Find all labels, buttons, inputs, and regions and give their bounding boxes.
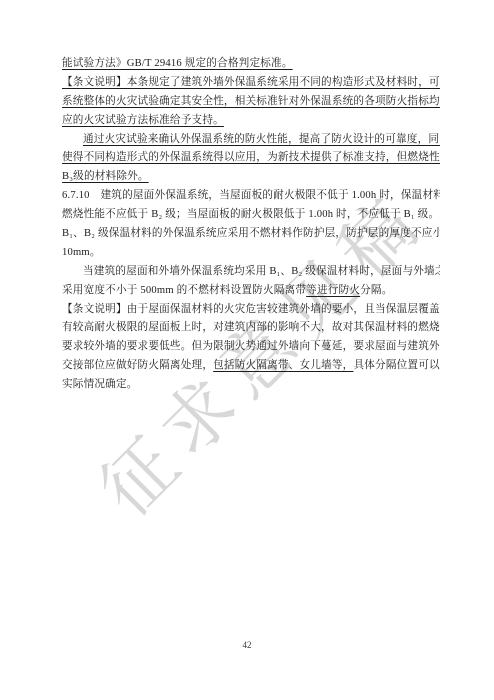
text-run: 10mm。: [62, 247, 101, 258]
text-line: 10mm。: [62, 244, 440, 263]
text-line: B₁、B₂ 级保温材料的外保温系统应采用不燃材料作防护层，防护层的厚度不应小于: [62, 225, 440, 244]
text-line: B₃级的材料除外。: [62, 168, 440, 187]
underlined-text-run: 系统整体的火灾试验确定其安全性，相关标准针对外保温系统的各项防火指标均有相: [62, 96, 440, 107]
underlined-text-run: 通过火灾试验来确认外保温系统的防火性能，提高了防火设计的可靠度，同时也: [83, 134, 440, 145]
text-line: 6.7.10 建筑的屋面外保温系统，当屋面板的耐火极限不低于 1.00h 时，保…: [62, 187, 440, 206]
text-line: 【条文说明】本条规定了建筑外墙外保温系统采用不同的构造形式及材料时，可通过: [62, 74, 440, 93]
text-line: 实际情况确定。: [62, 376, 440, 395]
underlined-text-run: 使得不同构造形式的外保温系统得以应用，为新技术提供了标准支持，但燃烧性能为: [62, 152, 440, 163]
text-line: 燃烧性能不应低于 B₂ 级；当屋面板的耐火极限低于 1.00h 时，不应低于 B…: [62, 206, 440, 225]
underlined-text-run: 能试验方法》GB/T 29416 规定的合格判定标准。: [62, 58, 293, 69]
text-line: 交接部位应做好防火隔离处理，包括防火隔离带、女儿墙等，具体分隔位置可以根据: [62, 357, 440, 376]
underlined-text-run: 包括防火隔离带、女儿墙等，: [213, 360, 353, 371]
text-run: 【条文说明】由于屋面保温材料的火灾危害较建筑外墙的要小，且当保温层覆盖在具: [62, 304, 440, 315]
text-run: 当建筑的屋面和外墙外保温系统均采用 B₁、B₂ 级保温材料时，屋面与外墙之间应: [83, 266, 440, 277]
document-page: 征求意见稿 能试验方法》GB/T 29416 规定的合格判定标准。【条文说明】本…: [0, 0, 494, 700]
text-run: 具体分隔位置可以根据: [353, 360, 440, 371]
text-line: 系统整体的火灾试验确定其安全性，相关标准针对外保温系统的各项防火指标均有相: [62, 93, 440, 112]
text-run: 要求较外墙的要求要低些。但为限制火势通过外墙向下蔓延，要求屋面与建筑外墙的: [62, 341, 440, 352]
text-run: 6.7.10 建筑的屋面外保温系统，当屋面板的耐火极限不低于 1.00h 时，保…: [62, 190, 440, 201]
text-line: 使得不同构造形式的外保温系统得以应用，为新技术提供了标准支持，但燃烧性能为: [62, 149, 440, 168]
text-line: 当建筑的屋面和外墙外保温系统均采用 B₁、B₂ 级保温材料时，屋面与外墙之间应: [62, 263, 440, 282]
text-line: 【条文说明】由于屋面保温材料的火灾危害较建筑外墙的要小，且当保温层覆盖在具: [62, 301, 440, 320]
text-run: 采用宽度不小于 500mm 的不燃材料设置防火隔离带: [62, 285, 306, 296]
page-text: 能试验方法》GB/T 29416 规定的合格判定标准。【条文说明】本条规定了建筑…: [62, 55, 440, 395]
text-run: 燃烧性能不应低于 B₂ 级；当屋面板的耐火极限低于 1.00h 时，不应低于 B…: [62, 209, 440, 220]
page-number: 42: [0, 640, 494, 650]
text-line: 通过火灾试验来确认外保温系统的防火性能，提高了防火设计的可靠度，同时也: [62, 131, 440, 150]
text-line: 要求较外墙的要求要低些。但为限制火势通过外墙向下蔓延，要求屋面与建筑外墙的: [62, 338, 440, 357]
text-line: 采用宽度不小于 500mm 的不燃材料设置防火隔离带等进行防火分隔。: [62, 282, 440, 301]
text-line: 能试验方法》GB/T 29416 规定的合格判定标准。: [62, 55, 440, 74]
text-line: 应的火灾试验方法标准给予支持。: [62, 112, 440, 131]
underlined-text-run: 等进行防火: [306, 285, 360, 296]
underlined-text-run: B₃级的材料除外。: [62, 171, 149, 182]
text-run: 实际情况确定。: [62, 379, 138, 390]
text-run: 交接部位应做好防火隔离处理，: [62, 360, 213, 371]
underlined-text-run: 应的火灾试验方法标准给予支持。: [62, 115, 224, 126]
text-run: B₁、B₂ 级保温材料的外保温系统应采用不燃材料作防护层，防护层的厚度不应小于: [62, 228, 440, 239]
text-run: 有较高耐火极限的屋面板上时，对建筑内部的影响不大，故对其保温材料的燃烧性能: [62, 322, 440, 333]
text-line: 有较高耐火极限的屋面板上时，对建筑内部的影响不大，故对其保温材料的燃烧性能: [62, 319, 440, 338]
text-run: 分隔。: [360, 285, 392, 296]
underlined-text-run: 【条文说明】本条规定了建筑外墙外保温系统采用不同的构造形式及材料时，可通过: [62, 77, 440, 88]
